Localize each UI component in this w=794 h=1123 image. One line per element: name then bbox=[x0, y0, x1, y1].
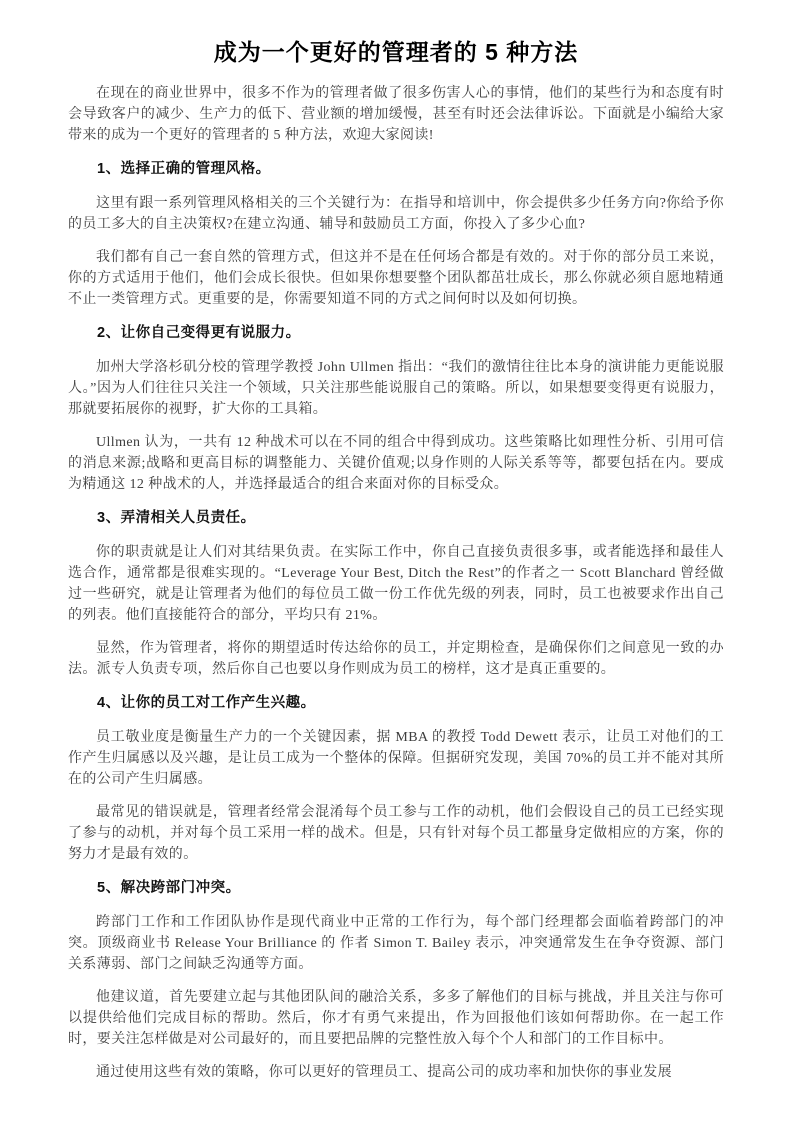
section-4-paragraph-1: 员工敬业度是衡量生产力的一个关键因素，据 MBA 的教授 Todd Dewett… bbox=[68, 727, 724, 790]
section-2-paragraph-2: Ullmen 认为，一共有 12 种战术可以在不同的组合中得到成功。这些策略比如… bbox=[68, 432, 724, 495]
section-2-heading: 2、让你自己变得更有说服力。 bbox=[68, 323, 724, 344]
section-4: 4、让你的员工对工作产生兴趣。 员工敬业度是衡量生产力的一个关键因素，据 MBA… bbox=[68, 693, 724, 865]
document-page: 成为一个更好的管理者的 5 种方法 在现在的商业世界中，很多不作为的管理者做了很… bbox=[0, 0, 794, 1123]
section-1-paragraph-1: 这里有跟一系列管理风格相关的三个关键行为：在指导和培训中，你会提供多少任务方向?… bbox=[68, 193, 724, 235]
section-4-heading: 4、让你的员工对工作产生兴趣。 bbox=[68, 693, 724, 714]
section-3-heading: 3、弄清相关人员责任。 bbox=[68, 508, 724, 529]
section-3-paragraph-1: 你的职责就是让人们对其结果负责。在实际工作中，你自己直接负责很多事，或者能选择和… bbox=[68, 542, 724, 626]
section-2-paragraph-1: 加州大学洛杉矶分校的管理学教授 John Ullmen 指出：“我们的激情往往比… bbox=[68, 357, 724, 420]
section-5-paragraph-1: 跨部门工作和工作团队协作是现代商业中正常的工作行为，每个部门经理都会面临着跨部门… bbox=[68, 912, 724, 975]
section-5: 5、解决跨部门冲突。 跨部门工作和工作团队协作是现代商业中正常的工作行为，每个部… bbox=[68, 878, 724, 1050]
document-title: 成为一个更好的管理者的 5 种方法 bbox=[68, 34, 724, 67]
section-5-heading: 5、解决跨部门冲突。 bbox=[68, 878, 724, 899]
section-3-paragraph-2: 显然，作为管理者，将你的期望适时传达给你的员工，并定期检查，是确保你们之间意见一… bbox=[68, 638, 724, 680]
section-2: 2、让你自己变得更有说服力。 加州大学洛杉矶分校的管理学教授 John Ullm… bbox=[68, 323, 724, 495]
section-1-heading: 1、选择正确的管理风格。 bbox=[68, 159, 724, 180]
closing-paragraph: 通过使用这些有效的策略，你可以更好的管理员工、提高公司的成功率和加快你的事业发展 bbox=[68, 1062, 724, 1083]
section-1-paragraph-2: 我们都有自己一套自然的管理方式，但这并不是在任何场合都是有效的。对于你的部分员工… bbox=[68, 247, 724, 310]
section-3: 3、弄清相关人员责任。 你的职责就是让人们对其结果负责。在实际工作中，你自己直接… bbox=[68, 508, 724, 680]
section-1: 1、选择正确的管理风格。 这里有跟一系列管理风格相关的三个关键行为：在指导和培训… bbox=[68, 159, 724, 310]
section-5-paragraph-2: 他建议道，首先要建立起与其他团队间的融洽关系，多多了解他们的目标与挑战，并且关注… bbox=[68, 987, 724, 1050]
section-4-paragraph-2: 最常见的错误就是，管理者经常会混淆每个员工参与工作的动机，他们会假设自己的员工已… bbox=[68, 802, 724, 865]
intro-paragraph: 在现在的商业世界中，很多不作为的管理者做了很多伤害人心的事情，他们的某些行为和态… bbox=[68, 83, 724, 146]
